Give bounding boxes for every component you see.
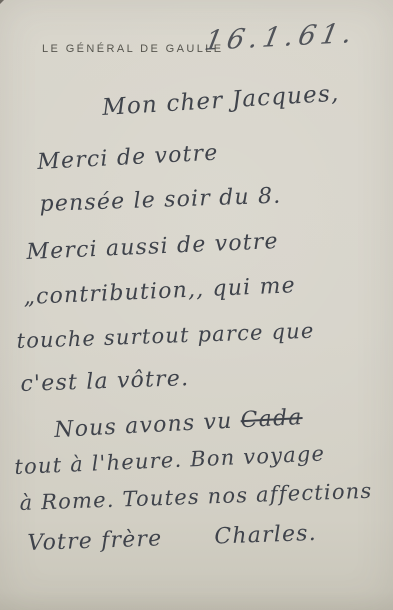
body-line: pensée le soir du 8.	[39, 184, 282, 217]
body-line: Merci aussi de votre	[26, 229, 279, 265]
body-line: tout à l'heure. Bon voyage	[14, 441, 326, 479]
signature-gap	[163, 543, 215, 545]
salutation-line: Mon cher Jacques,	[101, 81, 340, 121]
handwritten-date: 16.1.61.	[202, 18, 360, 57]
body-line: touche surtout parce que	[16, 319, 315, 353]
body-line: c'est la vôtre.	[20, 366, 189, 397]
letterhead: LE GÉNÉRAL DE GAULLE	[42, 43, 223, 55]
body-line: Merci de votre	[37, 141, 219, 175]
signature-name: Charles.	[214, 521, 317, 550]
closing-phrase: Votre frère	[27, 526, 163, 556]
body-line-text: Nous avons vu	[54, 408, 242, 443]
body-line: à Rome. Toutes nos affections	[19, 479, 373, 515]
strikethrough-word: Cada	[240, 405, 303, 433]
letter-page: LE GÉNÉRAL DE GAULLE 16.1.61. Mon cher J…	[0, 0, 393, 610]
signature-line: Votre frèreCharles.	[27, 521, 317, 556]
body-line: Nous avons vu Cada	[54, 405, 304, 443]
body-line: „contribution,, qui me	[23, 273, 296, 310]
scan-corner-artifact	[0, 0, 4, 4]
